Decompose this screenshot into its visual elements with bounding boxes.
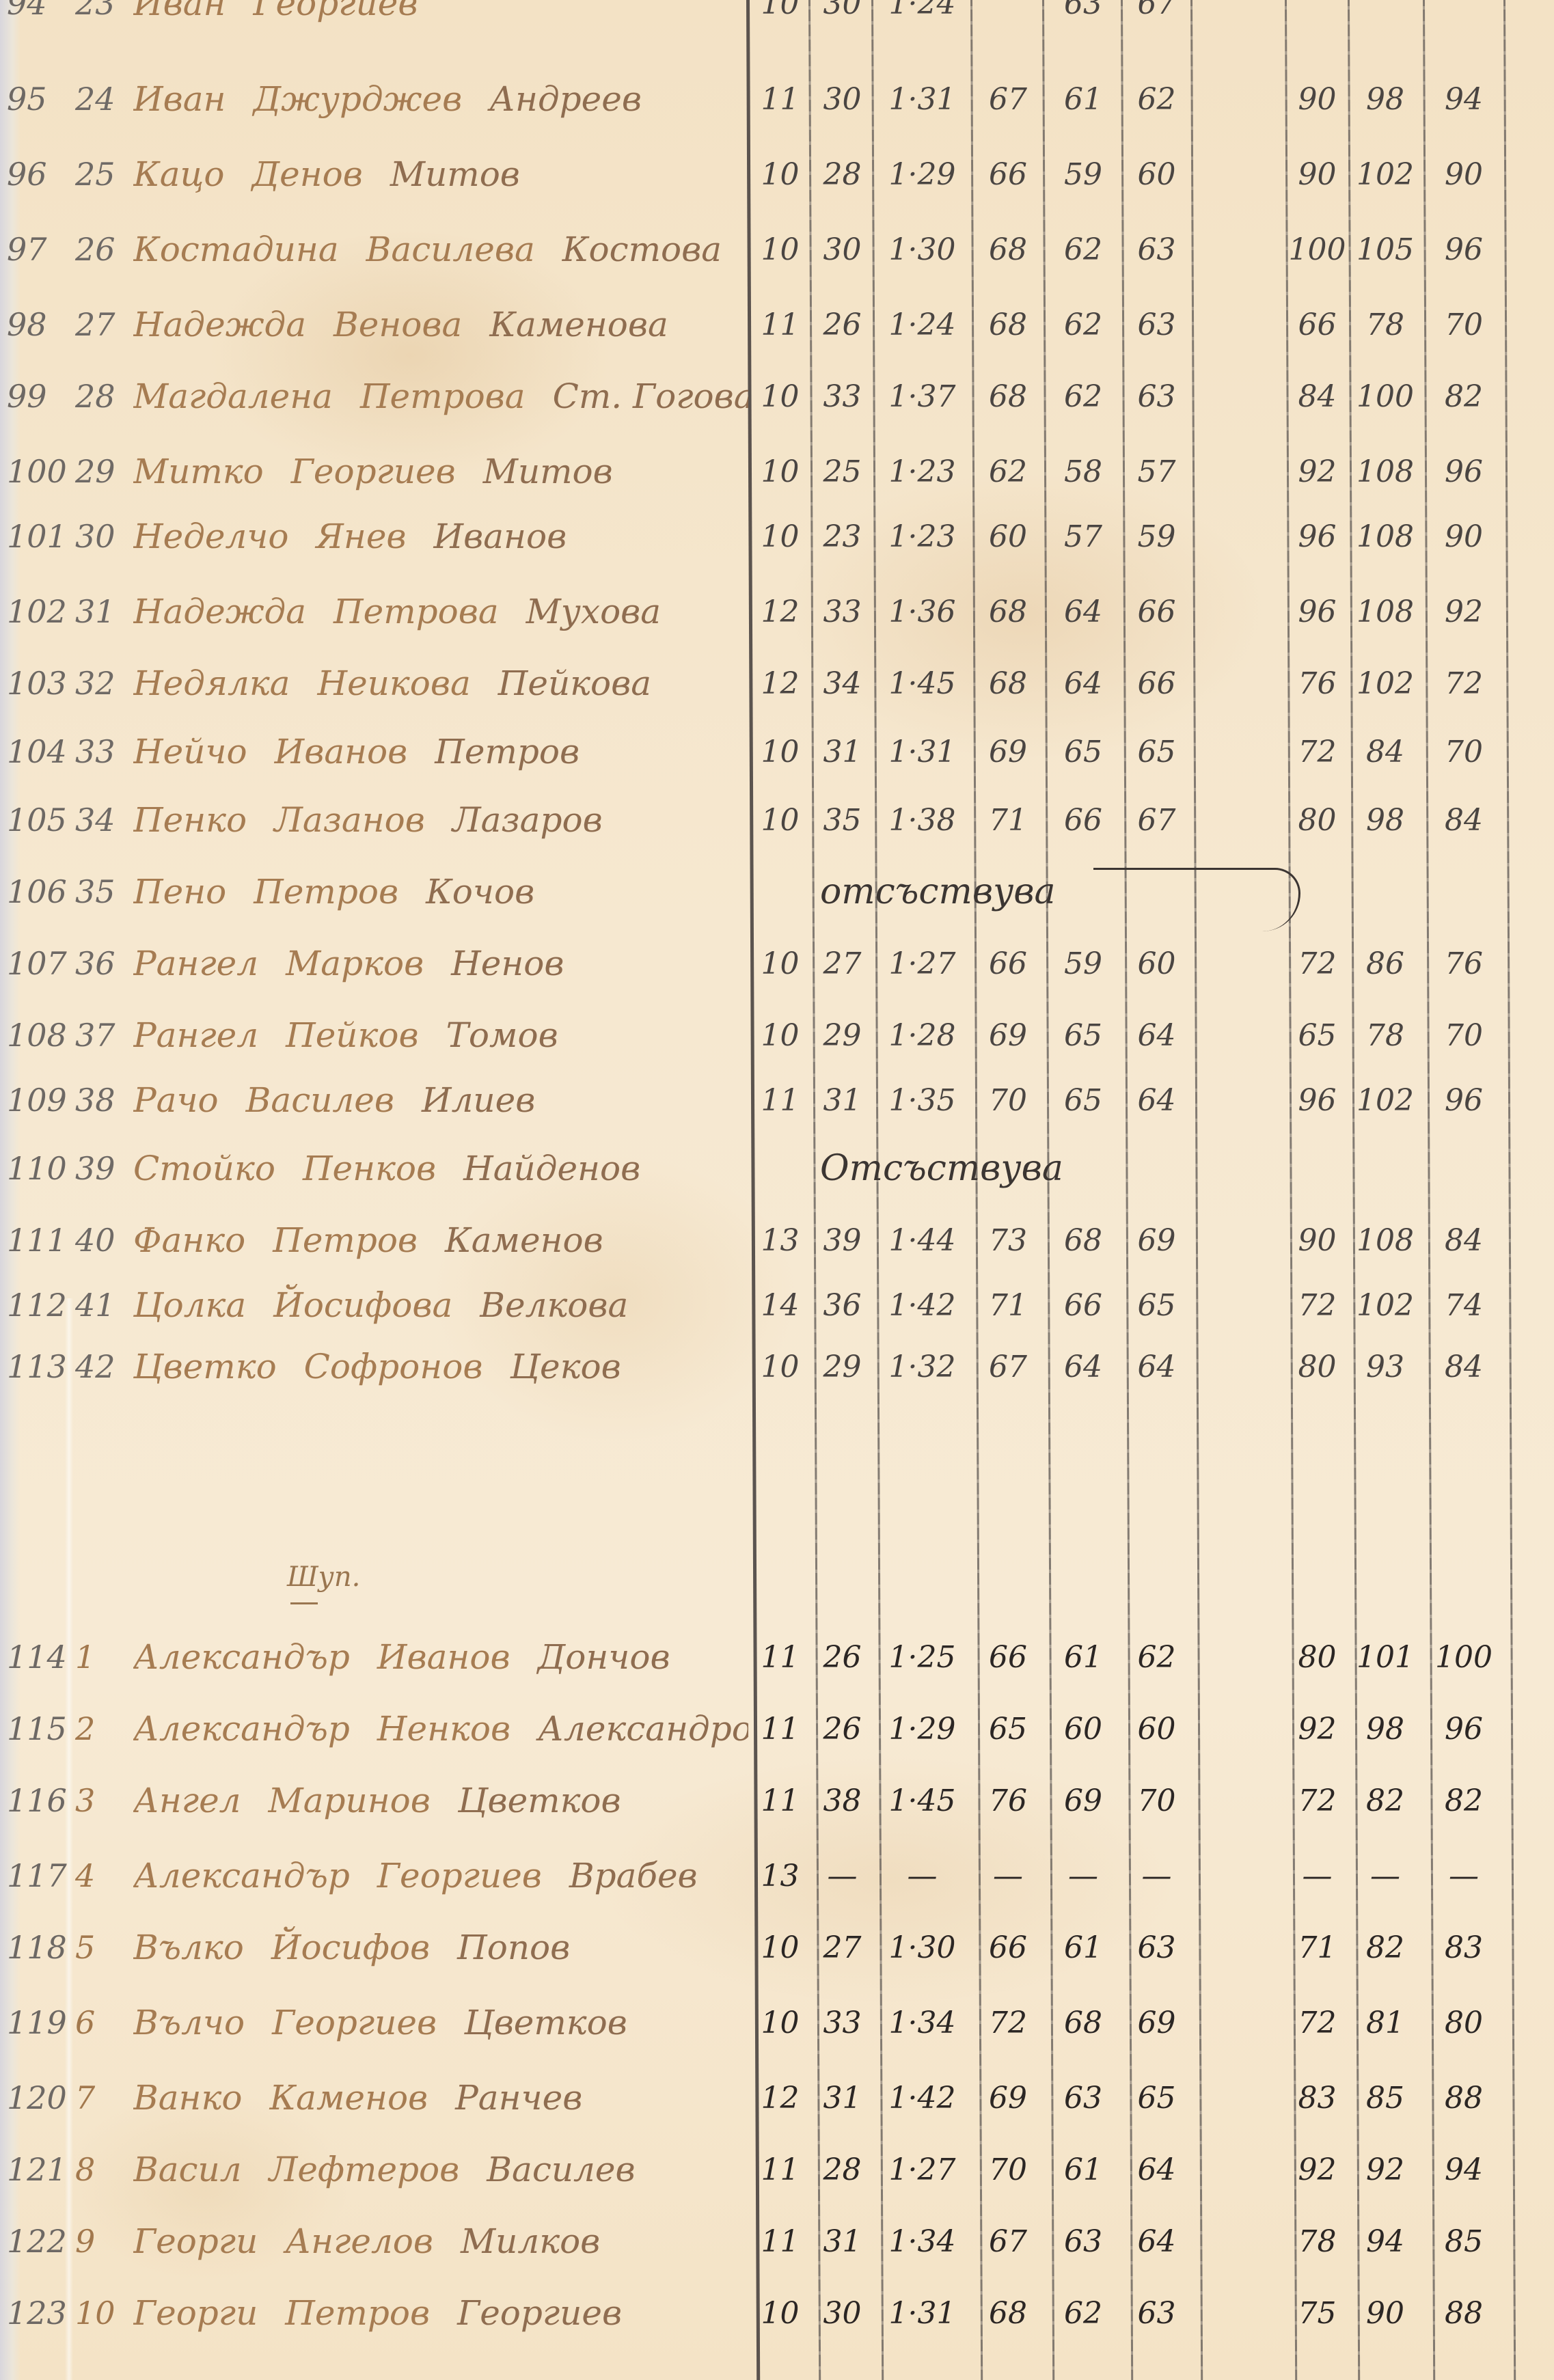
entry-index: 30: [75, 502, 137, 571]
measurement-cell: 64: [1124, 2135, 1189, 2204]
person-name: МиткоГеоргиевМитов: [133, 437, 748, 506]
entry-index: 31: [75, 577, 137, 646]
person-name: ВълчоГеоргиевЦветков: [133, 1988, 748, 2057]
measurement-cell: 102: [1351, 649, 1419, 717]
measurement-cell: —: [1426, 1842, 1501, 1910]
measurement-cell: 11: [752, 2135, 808, 2204]
measurement-cell: 101: [1351, 1623, 1419, 1691]
middle-name: Пейков: [286, 1015, 418, 1055]
measurement-cell: 84: [1426, 1206, 1501, 1274]
measurement-cell: 62: [1124, 1623, 1189, 1691]
measurement-cell: 59: [1046, 140, 1121, 208]
absent-note: отсъствува: [820, 858, 1056, 926]
measurement-cell: 64: [1124, 1001, 1189, 1069]
measurement-cell: 80: [1288, 1332, 1346, 1401]
first-name: Недялка: [133, 664, 290, 703]
table-row: 1185ВълкоЙосифовПопов10271·3066616371828…: [0, 1913, 1554, 1982]
measurement-cell: [974, 0, 1042, 38]
entry-index: 7: [75, 2064, 137, 2132]
measurement-cell: —: [876, 1842, 968, 1910]
measurement-cell: 69: [974, 1001, 1042, 1069]
measurement-cell: 70: [1124, 1766, 1189, 1835]
first-name: Вълчо: [133, 2003, 245, 2042]
first-name: Александър: [133, 1856, 350, 1896]
measurement-cell: 69: [1124, 1988, 1189, 2057]
person-name: ГеоргиАнгеловМилков: [133, 2207, 748, 2275]
entry-index: 42: [75, 1332, 137, 1401]
table-row: 9423ИванГеоргиев10301·246367: [0, 0, 1554, 38]
first-name: Магдалена: [133, 377, 333, 416]
entry-index: 2: [75, 1695, 137, 1763]
measurement-cell: 96: [1426, 1066, 1501, 1134]
middle-name: Пенков: [303, 1149, 436, 1188]
absent-note-flourish: [1093, 868, 1300, 931]
measurement-cell: 64: [1046, 1332, 1121, 1401]
measurement-cell: 11: [752, 1766, 808, 1835]
measurement-cell: 28: [813, 140, 871, 208]
row-number: 113: [7, 1332, 68, 1401]
table-row: 10635ПеноПетровКочовотсъствува: [0, 858, 1554, 926]
last-name: Врабев: [569, 1856, 698, 1896]
middle-name: Петров: [254, 872, 398, 912]
entry-index: 4: [75, 1842, 137, 1910]
measurement-cell: 34: [813, 649, 871, 717]
table-row: 1207ВанкоКаменовРанчев12311·426963658385…: [0, 2064, 1554, 2132]
table-row: 10837РангелПейковТомов10291·286965646578…: [0, 1001, 1554, 1069]
measurement-cell: 82: [1351, 1913, 1419, 1982]
person-name: НеделчоЯневИванов: [133, 502, 748, 571]
measurement-cell: 72: [1288, 929, 1346, 998]
entry-index: 10: [75, 2279, 137, 2347]
measurement-cell: 102: [1351, 140, 1419, 208]
row-number: 102: [7, 577, 68, 646]
measurement-cell: 100: [1426, 1623, 1501, 1691]
measurement-cell: 64: [1124, 2207, 1189, 2275]
last-name: Митов: [483, 452, 613, 491]
measurement-cell: 12: [752, 649, 808, 717]
measurement-cell: 76: [1288, 649, 1346, 717]
measurement-cell: 1·31: [876, 717, 968, 786]
middle-name: Георгиев: [272, 2003, 437, 2042]
measurement-cell: —: [1351, 1842, 1419, 1910]
entry-index: 33: [75, 717, 137, 786]
measurement-cell: 84: [1426, 786, 1501, 854]
measurement-cell: 78: [1288, 2207, 1346, 2275]
entry-index: 9: [75, 2207, 137, 2275]
measurement-cell: 30: [813, 65, 871, 133]
measurement-cell: 61: [1046, 2135, 1121, 2204]
measurement-cell: 69: [974, 717, 1042, 786]
person-name: АлександърНенковАлександров: [133, 1695, 748, 1763]
last-name: Цеков: [510, 1347, 621, 1386]
measurement-cell: 70: [1426, 717, 1501, 786]
measurement-cell: 75: [1288, 2279, 1346, 2347]
measurement-cell: 30: [813, 215, 871, 284]
measurement-cell: 68: [974, 362, 1042, 430]
measurement-cell: 63: [1124, 290, 1189, 359]
measurement-cell: 96: [1288, 1066, 1346, 1134]
measurement-cell: 63: [1124, 1913, 1189, 1982]
measurement-cell: 68: [974, 577, 1042, 646]
measurement-cell: 1·42: [876, 1271, 968, 1339]
measurement-cell: —: [1124, 1842, 1189, 1910]
row-number: 107: [7, 929, 68, 998]
person-name: НадеждаПетроваМухова: [133, 577, 748, 646]
measurement-cell: 63: [1124, 2279, 1189, 2347]
measurement-cell: 14: [752, 1271, 808, 1339]
measurement-cell: 11: [752, 1695, 808, 1763]
measurement-cell: 62: [1046, 362, 1121, 430]
measurement-cell: 90: [1426, 502, 1501, 571]
measurement-cell: 10: [752, 0, 808, 38]
measurement-cell: 23: [813, 502, 871, 571]
measurement-cell: 74: [1426, 1271, 1501, 1339]
measurement-cell: 1·37: [876, 362, 968, 430]
measurement-cell: 25: [813, 437, 871, 506]
measurement-cell: 10: [752, 362, 808, 430]
middle-name: Янев: [316, 517, 407, 556]
measurement-cell: 1·24: [876, 290, 968, 359]
measurement-cell: 61: [1046, 1623, 1121, 1691]
person-name: ВанкоКаменовРанчев: [133, 2064, 748, 2132]
measurement-cell: 60: [1124, 929, 1189, 998]
last-name: Найденов: [463, 1149, 640, 1188]
measurement-cell: 62: [1046, 2279, 1121, 2347]
measurement-cell: 72: [1288, 1271, 1346, 1339]
row-number: 121: [7, 2135, 68, 2204]
table-row: 11039СтойкоПенковНайденовОтсъствува: [0, 1134, 1554, 1203]
entry-index: 5: [75, 1913, 137, 1982]
measurement-cell: 65: [1288, 1001, 1346, 1069]
measurement-cell: 84: [1426, 1332, 1501, 1401]
middle-name: Василев: [246, 1080, 394, 1120]
last-name: Попов: [457, 1928, 570, 1967]
measurement-cell: 65: [974, 1695, 1042, 1763]
table-row: 1152АлександърНенковАлександров11261·296…: [0, 1695, 1554, 1763]
measurement-cell: 81: [1351, 1988, 1419, 2057]
measurement-cell: 27: [813, 1913, 871, 1982]
entry-index: 23: [75, 0, 137, 38]
measurement-cell: 60: [974, 502, 1042, 571]
measurement-cell: 10: [752, 1332, 808, 1401]
measurement-cell: 1·45: [876, 1766, 968, 1835]
last-name: Митов: [390, 154, 520, 194]
table-row: 10231НадеждаПетроваМухова12331·366864669…: [0, 577, 1554, 646]
row-number: 100: [7, 437, 68, 506]
measurement-cell: 83: [1288, 2064, 1346, 2132]
person-name: МагдаленаПетроваСт. Гогова: [133, 362, 748, 430]
measurement-cell: 13: [752, 1842, 808, 1910]
table-row: 9524ИванДжурджевАндреев11301·31676162909…: [0, 65, 1554, 133]
row-number: 97: [7, 215, 68, 284]
middle-name: Маринов: [269, 1781, 431, 1820]
first-name: Ванко: [133, 2078, 242, 2118]
measurement-cell: 33: [813, 362, 871, 430]
measurement-cell: 85: [1351, 2064, 1419, 2132]
entry-index: 37: [75, 1001, 137, 1069]
measurement-cell: 1·34: [876, 2207, 968, 2275]
person-name: АлександърГеоргиевВрабев: [133, 1842, 748, 1910]
measurement-cell: —: [1288, 1842, 1346, 1910]
section-two-label: Шуп.: [287, 1561, 360, 1593]
first-name: Надежда: [133, 305, 306, 344]
measurement-cell: 1·29: [876, 140, 968, 208]
row-number: 114: [7, 1623, 68, 1691]
first-name: Надежда: [133, 592, 306, 631]
measurement-cell: 62: [1046, 290, 1121, 359]
table-row: 9625КацоДеновМитов10281·296659609010290: [0, 140, 1554, 208]
measurement-cell: 1·32: [876, 1332, 968, 1401]
measurement-cell: 31: [813, 2064, 871, 2132]
person-name: ИванГеоргиев: [133, 0, 748, 38]
measurement-cell: 66: [974, 929, 1042, 998]
person-name: РангелПейковТомов: [133, 1001, 748, 1069]
measurement-cell: 10: [752, 929, 808, 998]
last-name: Петров: [435, 732, 580, 771]
table-row: 10433НейчоИвановПетров10311·316965657284…: [0, 717, 1554, 786]
measurement-cell: 67: [974, 65, 1042, 133]
table-row: 1196ВълчоГеоргиевЦветков10331·3472686972…: [0, 1988, 1554, 2057]
measurement-cell: 88: [1426, 2279, 1501, 2347]
middle-name: Неикова: [318, 664, 471, 703]
last-name: Мухова: [526, 592, 661, 631]
measurement-cell: 10: [752, 1001, 808, 1069]
measurement-cell: —: [813, 1842, 871, 1910]
row-number: 99: [7, 362, 68, 430]
row-number: 95: [7, 65, 68, 133]
measurement-cell: 66: [1046, 786, 1121, 854]
person-name: НадеждаВеноваКаменова: [133, 290, 748, 359]
measurement-cell: 66: [1288, 290, 1346, 359]
entry-index: 8: [75, 2135, 137, 2204]
measurement-cell: 1·36: [876, 577, 968, 646]
measurement-cell: 82: [1426, 362, 1501, 430]
entry-index: 3: [75, 1766, 137, 1835]
table-row: 10736РангелМарковНенов10271·276659607286…: [0, 929, 1554, 998]
measurement-cell: 67: [974, 2207, 1042, 2275]
last-name: Ст. Гогова: [553, 377, 748, 416]
measurement-cell: 65: [1124, 1271, 1189, 1339]
person-name: ГеоргиПетровГеоргиев: [133, 2279, 748, 2347]
entry-index: 32: [75, 649, 137, 717]
middle-name: Лазанов: [274, 800, 425, 840]
first-name: Цветко: [133, 1347, 277, 1386]
entry-index: 38: [75, 1066, 137, 1134]
measurement-cell: 67: [974, 1332, 1042, 1401]
measurement-cell: 69: [974, 2064, 1042, 2132]
middle-name: Лефтеров: [269, 2150, 460, 2189]
measurement-cell: 64: [1124, 1332, 1189, 1401]
row-number: 111: [7, 1206, 68, 1274]
measurement-cell: 1·29: [876, 1695, 968, 1763]
measurement-cell: 1·27: [876, 2135, 968, 2204]
row-number: 116: [7, 1766, 68, 1835]
measurement-cell: 100: [1351, 362, 1419, 430]
last-name: Иванов: [434, 517, 567, 556]
measurement-cell: 105: [1351, 215, 1419, 284]
row-number: 106: [7, 858, 68, 926]
first-name: Георги: [133, 2221, 258, 2261]
measurement-cell: 10: [752, 786, 808, 854]
first-name: Неделчо: [133, 517, 289, 556]
last-name: Каменов: [445, 1220, 603, 1260]
measurement-cell: 26: [813, 290, 871, 359]
person-name: НейчоИвановПетров: [133, 717, 748, 786]
measurement-cell: 12: [752, 577, 808, 646]
last-name: Цветков: [464, 2003, 627, 2042]
middle-name: Каменов: [269, 2078, 428, 2118]
measurement-cell: 62: [1046, 215, 1121, 284]
first-name: Рангел: [133, 1015, 258, 1055]
person-name: РангелМарковНенов: [133, 929, 748, 998]
measurement-cell: 66: [1124, 577, 1189, 646]
measurement-cell: 67: [1124, 0, 1189, 38]
person-name: КацоДеновМитов: [133, 140, 748, 208]
measurement-cell: 30: [813, 2279, 871, 2347]
measurement-cell: 68: [974, 649, 1042, 717]
measurement-cell: 94: [1426, 2135, 1501, 2204]
row-number: 123: [7, 2279, 68, 2347]
measurement-cell: 90: [1288, 65, 1346, 133]
measurement-cell: 33: [813, 577, 871, 646]
measurement-cell: 69: [1124, 1206, 1189, 1274]
middle-name: Василева: [366, 230, 535, 269]
first-name: Васил: [133, 2150, 242, 2189]
measurement-cell: 1·24: [876, 0, 968, 38]
person-name: КостадинаВасилеваКостова: [133, 215, 748, 284]
measurement-cell: 80: [1288, 1623, 1346, 1691]
measurement-cell: 72: [1426, 649, 1501, 717]
table-row: 10332НедялкаНеиковаПейкова12341·45686466…: [0, 649, 1554, 717]
measurement-cell: 68: [1046, 1988, 1121, 2057]
measurement-cell: 31: [813, 1066, 871, 1134]
measurement-cell: 13: [752, 1206, 808, 1274]
measurement-cell: 92: [1288, 437, 1346, 506]
table-row: 10130НеделчоЯневИванов10231·236057599610…: [0, 502, 1554, 571]
measurement-cell: —: [1046, 1842, 1121, 1910]
measurement-cell: 10: [752, 502, 808, 571]
measurement-cell: 80: [1288, 786, 1346, 854]
middle-name: Георгиев: [253, 0, 418, 23]
measurement-cell: 1·25: [876, 1623, 968, 1691]
measurement-cell: 26: [813, 1695, 871, 1763]
measurement-cell: 96: [1426, 437, 1501, 506]
table-row: 12310ГеоргиПетровГеоргиев10301·316862637…: [0, 2279, 1554, 2347]
table-row: 1163АнгелМариновЦветков11381·45766970728…: [0, 1766, 1554, 1835]
measurement-cell: 66: [1046, 1271, 1121, 1339]
entry-index: 24: [75, 65, 137, 133]
first-name: Митко: [133, 452, 264, 491]
table-row: 11342ЦветкоСофроновЦеков10291·3267646480…: [0, 1332, 1554, 1401]
measurement-cell: [1426, 0, 1501, 38]
measurement-cell: 60: [1124, 140, 1189, 208]
measurement-cell: 92: [1288, 1695, 1346, 1763]
measurement-cell: 1·42: [876, 2064, 968, 2132]
measurement-cell: 66: [974, 1913, 1042, 1982]
first-name: Костадина: [133, 230, 339, 269]
last-name: Александров: [538, 1709, 748, 1749]
measurement-cell: 90: [1288, 1206, 1346, 1274]
middle-name: Марков: [286, 944, 424, 983]
row-number: 122: [7, 2207, 68, 2275]
entry-index: 29: [75, 437, 137, 506]
row-number: 110: [7, 1134, 68, 1203]
first-name: Кацо: [133, 154, 225, 194]
measurement-cell: 94: [1426, 65, 1501, 133]
measurement-cell: 98: [1351, 1695, 1419, 1763]
measurement-cell: 96: [1288, 502, 1346, 571]
last-name: Василев: [487, 2150, 635, 2189]
first-name: Фанко: [133, 1220, 245, 1260]
row-number: 117: [7, 1842, 68, 1910]
measurement-cell: 92: [1426, 577, 1501, 646]
measurement-cell: 1·31: [876, 2279, 968, 2347]
measurement-cell: 83: [1426, 1913, 1501, 1982]
person-name: ЦолкаЙосифоваВелкова: [133, 1271, 748, 1339]
last-name: Ранчев: [455, 2078, 582, 2118]
measurement-cell: 59: [1046, 929, 1121, 998]
row-number: 101: [7, 502, 68, 571]
measurement-cell: 72: [974, 1988, 1042, 2057]
measurement-cell: 71: [974, 1271, 1042, 1339]
measurement-cell: 80: [1426, 1988, 1501, 2057]
last-name: Кочов: [426, 872, 534, 912]
measurement-cell: 70: [974, 2135, 1042, 2204]
measurement-cell: 67: [1124, 786, 1189, 854]
measurement-cell: 76: [974, 1766, 1042, 1835]
measurement-cell: [1351, 0, 1419, 38]
measurement-cell: 92: [1288, 2135, 1346, 2204]
person-name: ПенкоЛазановЛазаров: [133, 786, 748, 854]
middle-name: Софронов: [304, 1347, 483, 1386]
measurement-cell: 94: [1351, 2207, 1419, 2275]
measurement-cell: 1·34: [876, 1988, 968, 2057]
measurement-cell: 90: [1351, 2279, 1419, 2347]
last-name: Лазаров: [452, 800, 603, 840]
person-name: ПеноПетровКочов: [133, 858, 748, 926]
measurement-cell: 39: [813, 1206, 871, 1274]
entry-index: 25: [75, 140, 137, 208]
measurement-cell: 65: [1046, 717, 1121, 786]
row-number: 96: [7, 140, 68, 208]
first-name: Александър: [133, 1637, 350, 1677]
measurement-cell: 84: [1288, 362, 1346, 430]
person-name: ВълкоЙосифовПопов: [133, 1913, 748, 1982]
entry-index: 35: [75, 858, 137, 926]
measurement-cell: 90: [1288, 140, 1346, 208]
measurement-cell: 36: [813, 1271, 871, 1339]
row-number: 94: [7, 0, 68, 38]
measurement-cell: 29: [813, 1001, 871, 1069]
measurement-cell: 102: [1351, 1271, 1419, 1339]
measurement-cell: 1·23: [876, 437, 968, 506]
middle-name: Иванов: [377, 1637, 510, 1677]
measurement-cell: 64: [1124, 1066, 1189, 1134]
measurement-cell: 70: [974, 1066, 1042, 1134]
measurement-cell: 28: [813, 2135, 871, 2204]
measurement-cell: —: [974, 1842, 1042, 1910]
measurement-cell: 1·35: [876, 1066, 968, 1134]
measurement-cell: 57: [1046, 502, 1121, 571]
person-name: АнгелМариновЦветков: [133, 1766, 748, 1835]
measurement-cell: 63: [1046, 2207, 1121, 2275]
entry-index: 28: [75, 362, 137, 430]
entry-index: 26: [75, 215, 137, 284]
measurement-cell: 82: [1351, 1766, 1419, 1835]
measurement-cell: 62: [974, 437, 1042, 506]
measurement-cell: 12: [752, 2064, 808, 2132]
middle-name: Йосифова: [273, 1285, 452, 1325]
